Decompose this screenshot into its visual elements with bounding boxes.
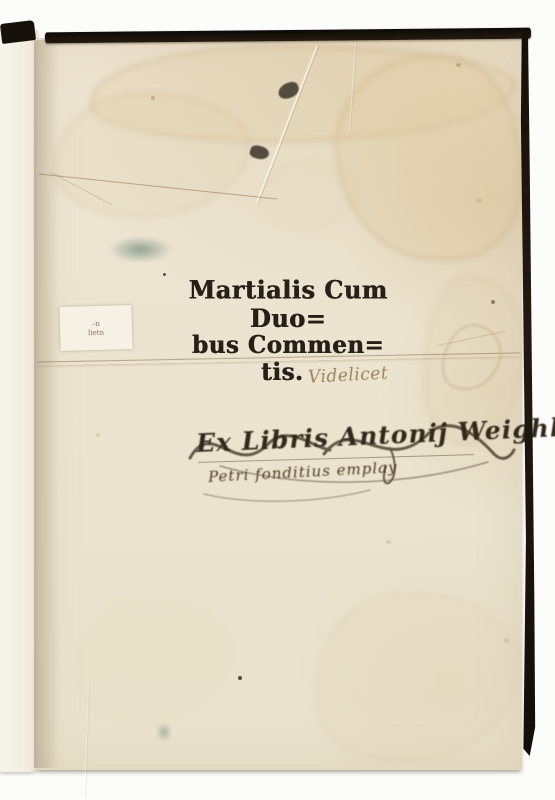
foxing-spot bbox=[163, 273, 166, 276]
printed-title-block: Martialis Cum Duo= bus Commen= tis.Videl… bbox=[168, 276, 408, 388]
flyleaf-fore-edge bbox=[0, 30, 38, 772]
shelf-label: –n lietn bbox=[59, 305, 132, 351]
photo-background: –n lietn Martialis Cum Duo= bus Commen= … bbox=[0, 0, 555, 800]
foxing-spot bbox=[386, 540, 391, 544]
title-line-1: Martialis Cum Duo= bbox=[168, 276, 408, 332]
foxing-spot bbox=[151, 96, 155, 100]
title-line-3: tis. bbox=[261, 358, 303, 386]
water-stain bbox=[336, 56, 520, 260]
foxing-spot bbox=[456, 63, 461, 67]
foxing-spot bbox=[476, 198, 482, 203]
gutter-shadow bbox=[34, 40, 60, 768]
title-line-3-row: tis.Videlicet bbox=[168, 359, 408, 388]
shelf-label-line2: lietn bbox=[60, 328, 132, 339]
foxing-spot bbox=[504, 638, 509, 643]
water-stain bbox=[316, 593, 520, 762]
foxing-spot bbox=[96, 433, 100, 437]
green-pigment-smudge bbox=[108, 233, 180, 263]
book-page: –n lietn Martialis Cum Duo= bus Commen= … bbox=[36, 38, 522, 770]
handwritten-videlicet: Videlicet bbox=[308, 360, 389, 391]
green-pigment-smudge bbox=[156, 720, 174, 742]
foxing-spot bbox=[491, 300, 495, 304]
ink-smudge bbox=[249, 144, 271, 161]
foxing-spot bbox=[238, 676, 242, 680]
cover-corner bbox=[0, 20, 36, 44]
water-stain bbox=[261, 163, 360, 229]
water-stain bbox=[76, 598, 230, 722]
water-stain bbox=[56, 93, 250, 217]
